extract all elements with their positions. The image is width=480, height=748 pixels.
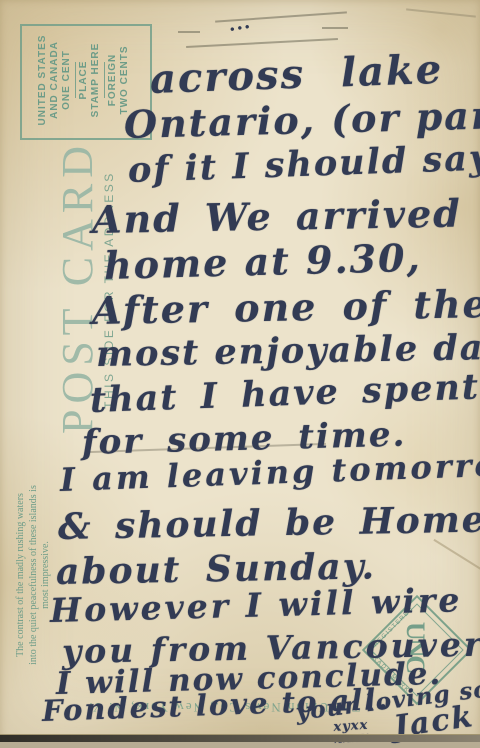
caption-line: most impressive. — [40, 430, 53, 720]
stamp-box-line: ONE CENT — [61, 28, 73, 132]
stamp-box-line: UNITED STATES — [37, 28, 49, 132]
message-line: & should be Home — [58, 499, 480, 548]
ink-dots-mark: ••• — [229, 18, 254, 37]
caption-line: The contrast of the madly rushing waters — [15, 430, 28, 720]
message-line: After one of the — [92, 281, 480, 333]
corner-edge-line — [406, 8, 476, 17]
caption-line: into the quiet peacefulness of these isl… — [28, 430, 41, 720]
stamp-divider — [104, 62, 105, 98]
stamp-box-line: FOREIGN — [107, 28, 119, 132]
postcard-scan: UNITED STATES AND CANADA ONE CENT PLACE … — [0, 0, 480, 742]
photo-caption: The contrast of the madly rushing waters… — [15, 430, 53, 720]
signature-kisses: xyxxxxxx — [333, 720, 370, 746]
scan-edge — [0, 734, 480, 742]
message-line: home at 9.30, — [103, 235, 422, 288]
postmark-scratch-line — [186, 38, 338, 47]
message-line: that I have spent — [89, 366, 480, 421]
stamp-divider — [75, 62, 76, 98]
stamp-box-line: AND CANADA — [49, 28, 61, 132]
postmark-scratch-line — [178, 31, 200, 33]
stamp-box-line: PLACE — [78, 28, 90, 132]
crease-line — [434, 539, 480, 583]
stamp-box-line: STAMP HERE — [90, 28, 102, 132]
postmark-scratch-line — [322, 27, 348, 29]
